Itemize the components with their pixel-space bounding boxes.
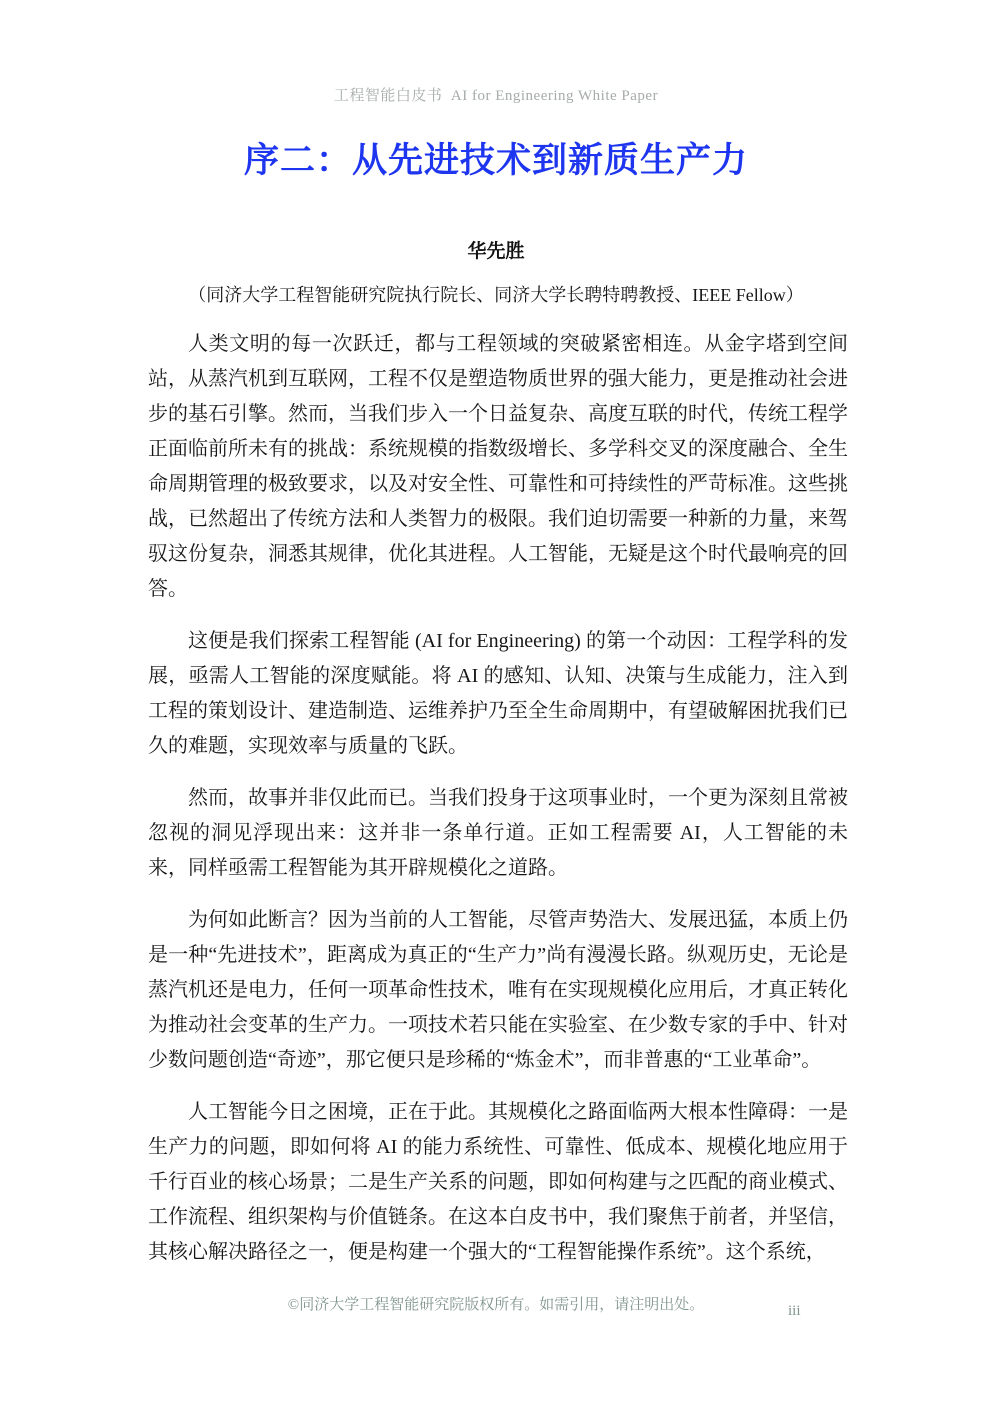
author-affiliation: （同济大学工程智能研究院执行院长、同济大学长聘特聘教授、IEEE Fellow）	[0, 281, 992, 307]
paragraph-5: 人工智能今日之困境，正在于此。其规模化之路面临两大根本性障碍：一是生产力的问题，…	[148, 1095, 848, 1270]
author-name: 华先胜	[0, 236, 992, 263]
footer-copyright: ©同济大学工程智能研究院版权所有。如需引用，请注明出处。	[0, 1293, 992, 1314]
paragraph-1: 人类文明的每一次跃迁，都与工程领域的突破紧密相连。从金字塔到空间站，从蒸汽机到互…	[148, 327, 848, 607]
page-title: 序二：从先进技术到新质生产力	[0, 133, 992, 183]
document-header: 工程智能白皮书 AI for Engineering White Paper	[0, 84, 992, 105]
paragraph-3: 然而，故事并非仅此而已。当我们投身于这项事业时，一个更为深刻且常被忽视的洞见浮现…	[148, 781, 848, 886]
page-number: iii	[788, 1303, 801, 1320]
paragraph-4: 为何如此断言？因为当前的人工智能，尽管声势浩大、发展迅猛，本质上仍是一种“先进技…	[148, 903, 848, 1078]
paragraph-2: 这便是我们探索工程智能 (AI for Engineering) 的第一个动因：…	[148, 624, 848, 764]
body-text: 人类文明的每一次跃迁，都与工程领域的突破紧密相连。从金字塔到空间站，从蒸汽机到互…	[148, 327, 848, 1287]
document-page: 工程智能白皮书 AI for Engineering White Paper 序…	[0, 0, 992, 1403]
